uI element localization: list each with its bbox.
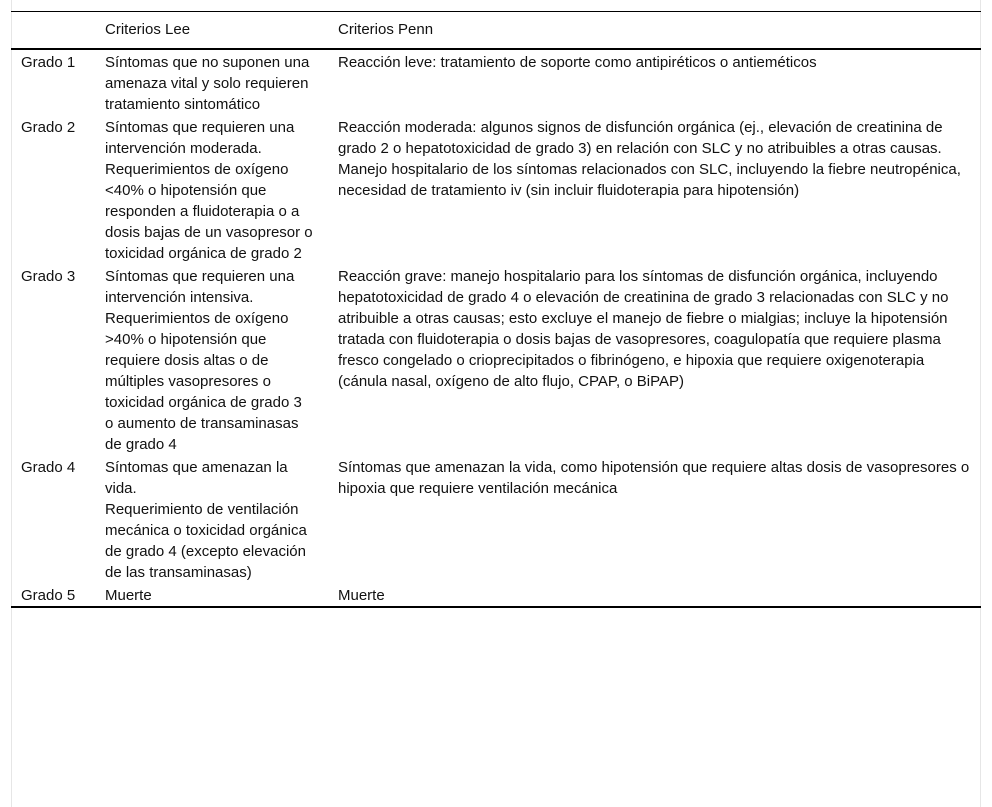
lee-criteria-line: Muerte bbox=[105, 585, 314, 606]
lee-criteria-line: Requerimiento de ventilación mecánica o … bbox=[105, 499, 314, 583]
grade-cell: Grado 2 bbox=[11, 115, 95, 264]
penn-criteria-cell: Síntomas que amenazan la vida, como hipo… bbox=[328, 455, 981, 583]
lee-criteria-line: Requerimientos de oxígeno >40% o hipoten… bbox=[105, 308, 314, 455]
lee-criteria-line: Síntomas que requieren una intervención … bbox=[105, 266, 314, 308]
lee-criteria-line: Síntomas que amenazan la vida. bbox=[105, 457, 314, 499]
lee-criteria-cell: Muerte bbox=[95, 583, 328, 607]
grading-criteria-table: Criterios Lee Criterios Penn Grado 1 Sín… bbox=[11, 11, 981, 608]
table-row: Grado 3 Síntomas que requieren una inter… bbox=[11, 264, 981, 455]
grade-cell: Grado 4 bbox=[11, 455, 95, 583]
penn-criteria-cell: Reacción moderada: algunos signos de dis… bbox=[328, 115, 981, 264]
grade-cell: Grado 5 bbox=[11, 583, 95, 607]
header-grade bbox=[11, 12, 95, 50]
penn-criteria-cell: Reacción leve: tratamiento de soporte co… bbox=[328, 49, 981, 115]
table-row: Grado 2 Síntomas que requieren una inter… bbox=[11, 115, 981, 264]
lee-criteria-cell: Síntomas que requieren una intervención … bbox=[95, 264, 328, 455]
penn-criteria-cell: Reacción grave: manejo hospitalario para… bbox=[328, 264, 981, 455]
table-row: Grado 1 Síntomas que no suponen una amen… bbox=[11, 49, 981, 115]
lee-criteria-cell: Síntomas que amenazan la vida.Requerimie… bbox=[95, 455, 328, 583]
lee-criteria-cell: Síntomas que no suponen una amenaza vita… bbox=[95, 49, 328, 115]
table-row: Grado 5 Muerte Muerte bbox=[11, 583, 981, 607]
lee-criteria-line: Requerimientos de oxígeno <40% o hipoten… bbox=[105, 159, 314, 264]
table-row: Grado 4 Síntomas que amenazan la vida.Re… bbox=[11, 455, 981, 583]
lee-criteria-line: Síntomas que no suponen una amenaza vita… bbox=[105, 52, 314, 115]
grade-cell: Grado 3 bbox=[11, 264, 95, 455]
table-header-row: Criterios Lee Criterios Penn bbox=[11, 12, 981, 50]
grade-cell: Grado 1 bbox=[11, 49, 95, 115]
lee-criteria-cell: Síntomas que requieren una intervención … bbox=[95, 115, 328, 264]
header-penn: Criterios Penn bbox=[328, 12, 981, 50]
penn-criteria-cell: Muerte bbox=[328, 583, 981, 607]
header-lee: Criterios Lee bbox=[95, 12, 328, 50]
lee-criteria-line: Síntomas que requieren una intervención … bbox=[105, 117, 314, 159]
